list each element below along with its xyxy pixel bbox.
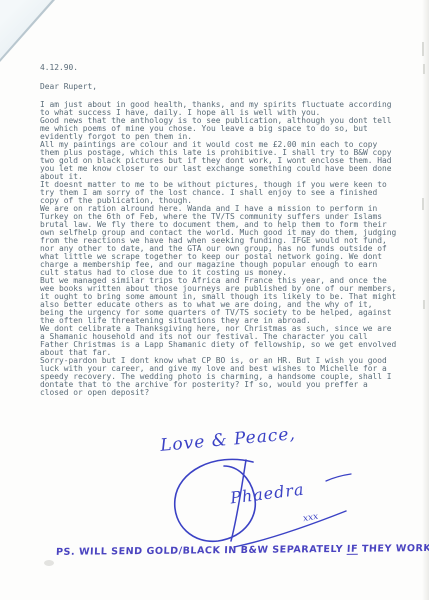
postscript-text: THEY WORK. (358, 543, 429, 555)
scan-artifact (423, 300, 425, 309)
letter-page: 4.12.90. Dear Rupert, I am just about in… (0, 0, 429, 600)
letter-salutation: Dear Rupert, (40, 83, 97, 91)
letter-date: 4.12.90. (40, 64, 78, 72)
handwritten-valediction: Love & Peace, (159, 424, 296, 456)
postscript-emphasis: IF (347, 544, 359, 555)
letter-body: I am just about in good health, thanks, … (40, 101, 396, 397)
scan-artifact (422, 198, 424, 210)
postscript-text: PS. WILL SEND GOLD/BLACK IN B&W SEPARATE… (56, 544, 347, 558)
scan-smudge (44, 560, 54, 566)
handwritten-postscript: PS. WILL SEND GOLD/BLACK IN B&W SEPARATE… (56, 543, 418, 558)
scan-artifact (422, 42, 424, 56)
scan-artifact (423, 64, 425, 74)
